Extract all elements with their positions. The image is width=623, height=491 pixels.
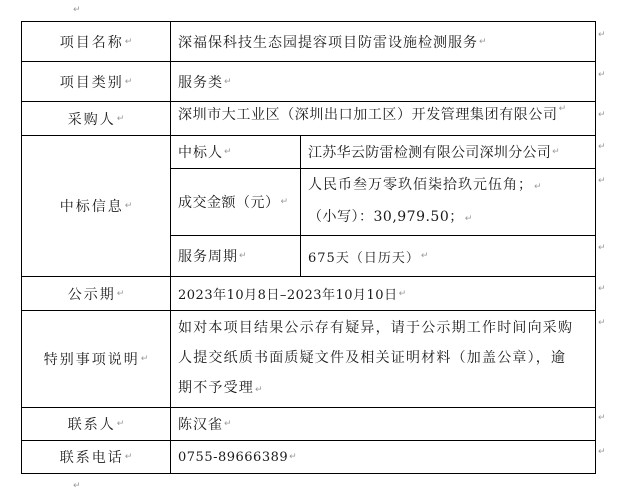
amount-value: 人民币叁万零玖佰柒拾玖元伍角；↵ （小写）：30,979.50；↵ — [301, 169, 595, 235]
project-category-label: 项目类别↵ — [22, 62, 170, 101]
special-notes-label: 特别事项说明↵ — [22, 311, 170, 407]
paragraph-mark-top: ↵ — [73, 5, 81, 15]
paragraph-mark: ↵ — [125, 452, 133, 462]
special-notes-value: 如对本项目结果公示存有疑异，请于公示期工作时间向采购 人提交纸质书面质疑文件及相… — [171, 311, 595, 407]
row-end-mark: ↵ — [598, 110, 606, 120]
paragraph-mark: ↵ — [534, 182, 542, 192]
paragraph-mark: ↵ — [289, 452, 297, 462]
paragraph-mark: ↵ — [281, 197, 289, 207]
row-end-mark: ↵ — [598, 243, 606, 253]
row-end-mark: ↵ — [598, 284, 606, 294]
paragraph-mark: ↵ — [117, 419, 125, 429]
service-period-value: 675天（日历天）↵ — [301, 236, 595, 276]
contact-person-value: 陈汉雀↵ — [171, 408, 595, 440]
paragraph-mark: ↵ — [399, 289, 407, 299]
row-end-mark: ↵ — [598, 142, 606, 152]
winner-value: 江苏华云防雷检测有限公司深圳分公司↵ — [301, 136, 595, 168]
amount-label: 成交金额（元）↵ — [171, 169, 300, 235]
special-notes-line: 期不予受理↵ — [178, 373, 263, 405]
paragraph-mark: ↵ — [125, 77, 133, 87]
paragraph-mark: ↵ — [559, 104, 567, 114]
purchaser-label: 采购人↵ — [22, 102, 170, 135]
special-notes-line: 人提交纸质书面质疑文件及相关证明材料（加盖公章），逾 — [178, 343, 566, 373]
row-end-mark: ↵ — [598, 413, 606, 423]
purchaser-value: 深圳市大工业区（深圳出口加工区）开发管理集团有限公司↵ — [171, 102, 595, 124]
paragraph-mark: ↵ — [125, 201, 133, 211]
paragraph-mark: ↵ — [552, 147, 560, 157]
service-period-label: 服务周期↵ — [171, 236, 300, 276]
publicity-period-value: 2023年10月8日–2023年10月10日↵ — [171, 277, 595, 310]
amount-in-words: 人民币叁万零玖佰柒拾玖元伍角；↵ — [308, 170, 542, 202]
table-border — [21, 473, 596, 474]
contact-phone-label: 联系电话↵ — [22, 441, 170, 473]
row-end-mark: ↵ — [598, 447, 606, 457]
paragraph-mark: ↵ — [224, 419, 232, 429]
paragraph-mark: ↵ — [255, 385, 263, 395]
amount-in-figures: （小写）：30,979.50；↵ — [308, 202, 472, 234]
row-end-mark: ↵ — [598, 176, 606, 186]
paragraph-mark: ↵ — [224, 77, 232, 87]
project-category-value: 服务类↵ — [171, 62, 595, 101]
paragraph-mark: ↵ — [117, 289, 125, 299]
project-name-value: 深福保科技生态园提容项目防雷设施检测服务↵ — [171, 22, 595, 61]
row-end-mark: ↵ — [598, 318, 606, 328]
paragraph-mark: ↵ — [141, 354, 149, 364]
paragraph-mark: ↵ — [224, 147, 232, 157]
winner-label: 中标人↵ — [171, 136, 300, 168]
paragraph-mark: ↵ — [421, 251, 429, 261]
contact-person-label: 联系人↵ — [22, 408, 170, 440]
paragraph-mark: ↵ — [125, 37, 133, 47]
paragraph-mark: ↵ — [239, 251, 247, 261]
row-end-mark: ↵ — [598, 70, 606, 80]
row-end-mark: ↵ — [598, 30, 606, 40]
paragraph-mark: ↵ — [479, 37, 487, 47]
contact-phone-value: 0755-89666389↵ — [171, 441, 595, 473]
award-info-label: 中标信息↵ — [22, 136, 170, 276]
paragraph-mark: ↵ — [465, 214, 473, 224]
table-border — [595, 21, 596, 474]
special-notes-line: 如对本项目结果公示存有疑异，请于公示期工作时间向采购 — [178, 313, 573, 343]
paragraph-mark-bottom: ↵ — [73, 481, 81, 491]
project-name-label: 项目名称↵ — [22, 22, 170, 61]
paragraph-mark: ↵ — [117, 114, 125, 124]
publicity-period-label: 公示期↵ — [22, 277, 170, 310]
